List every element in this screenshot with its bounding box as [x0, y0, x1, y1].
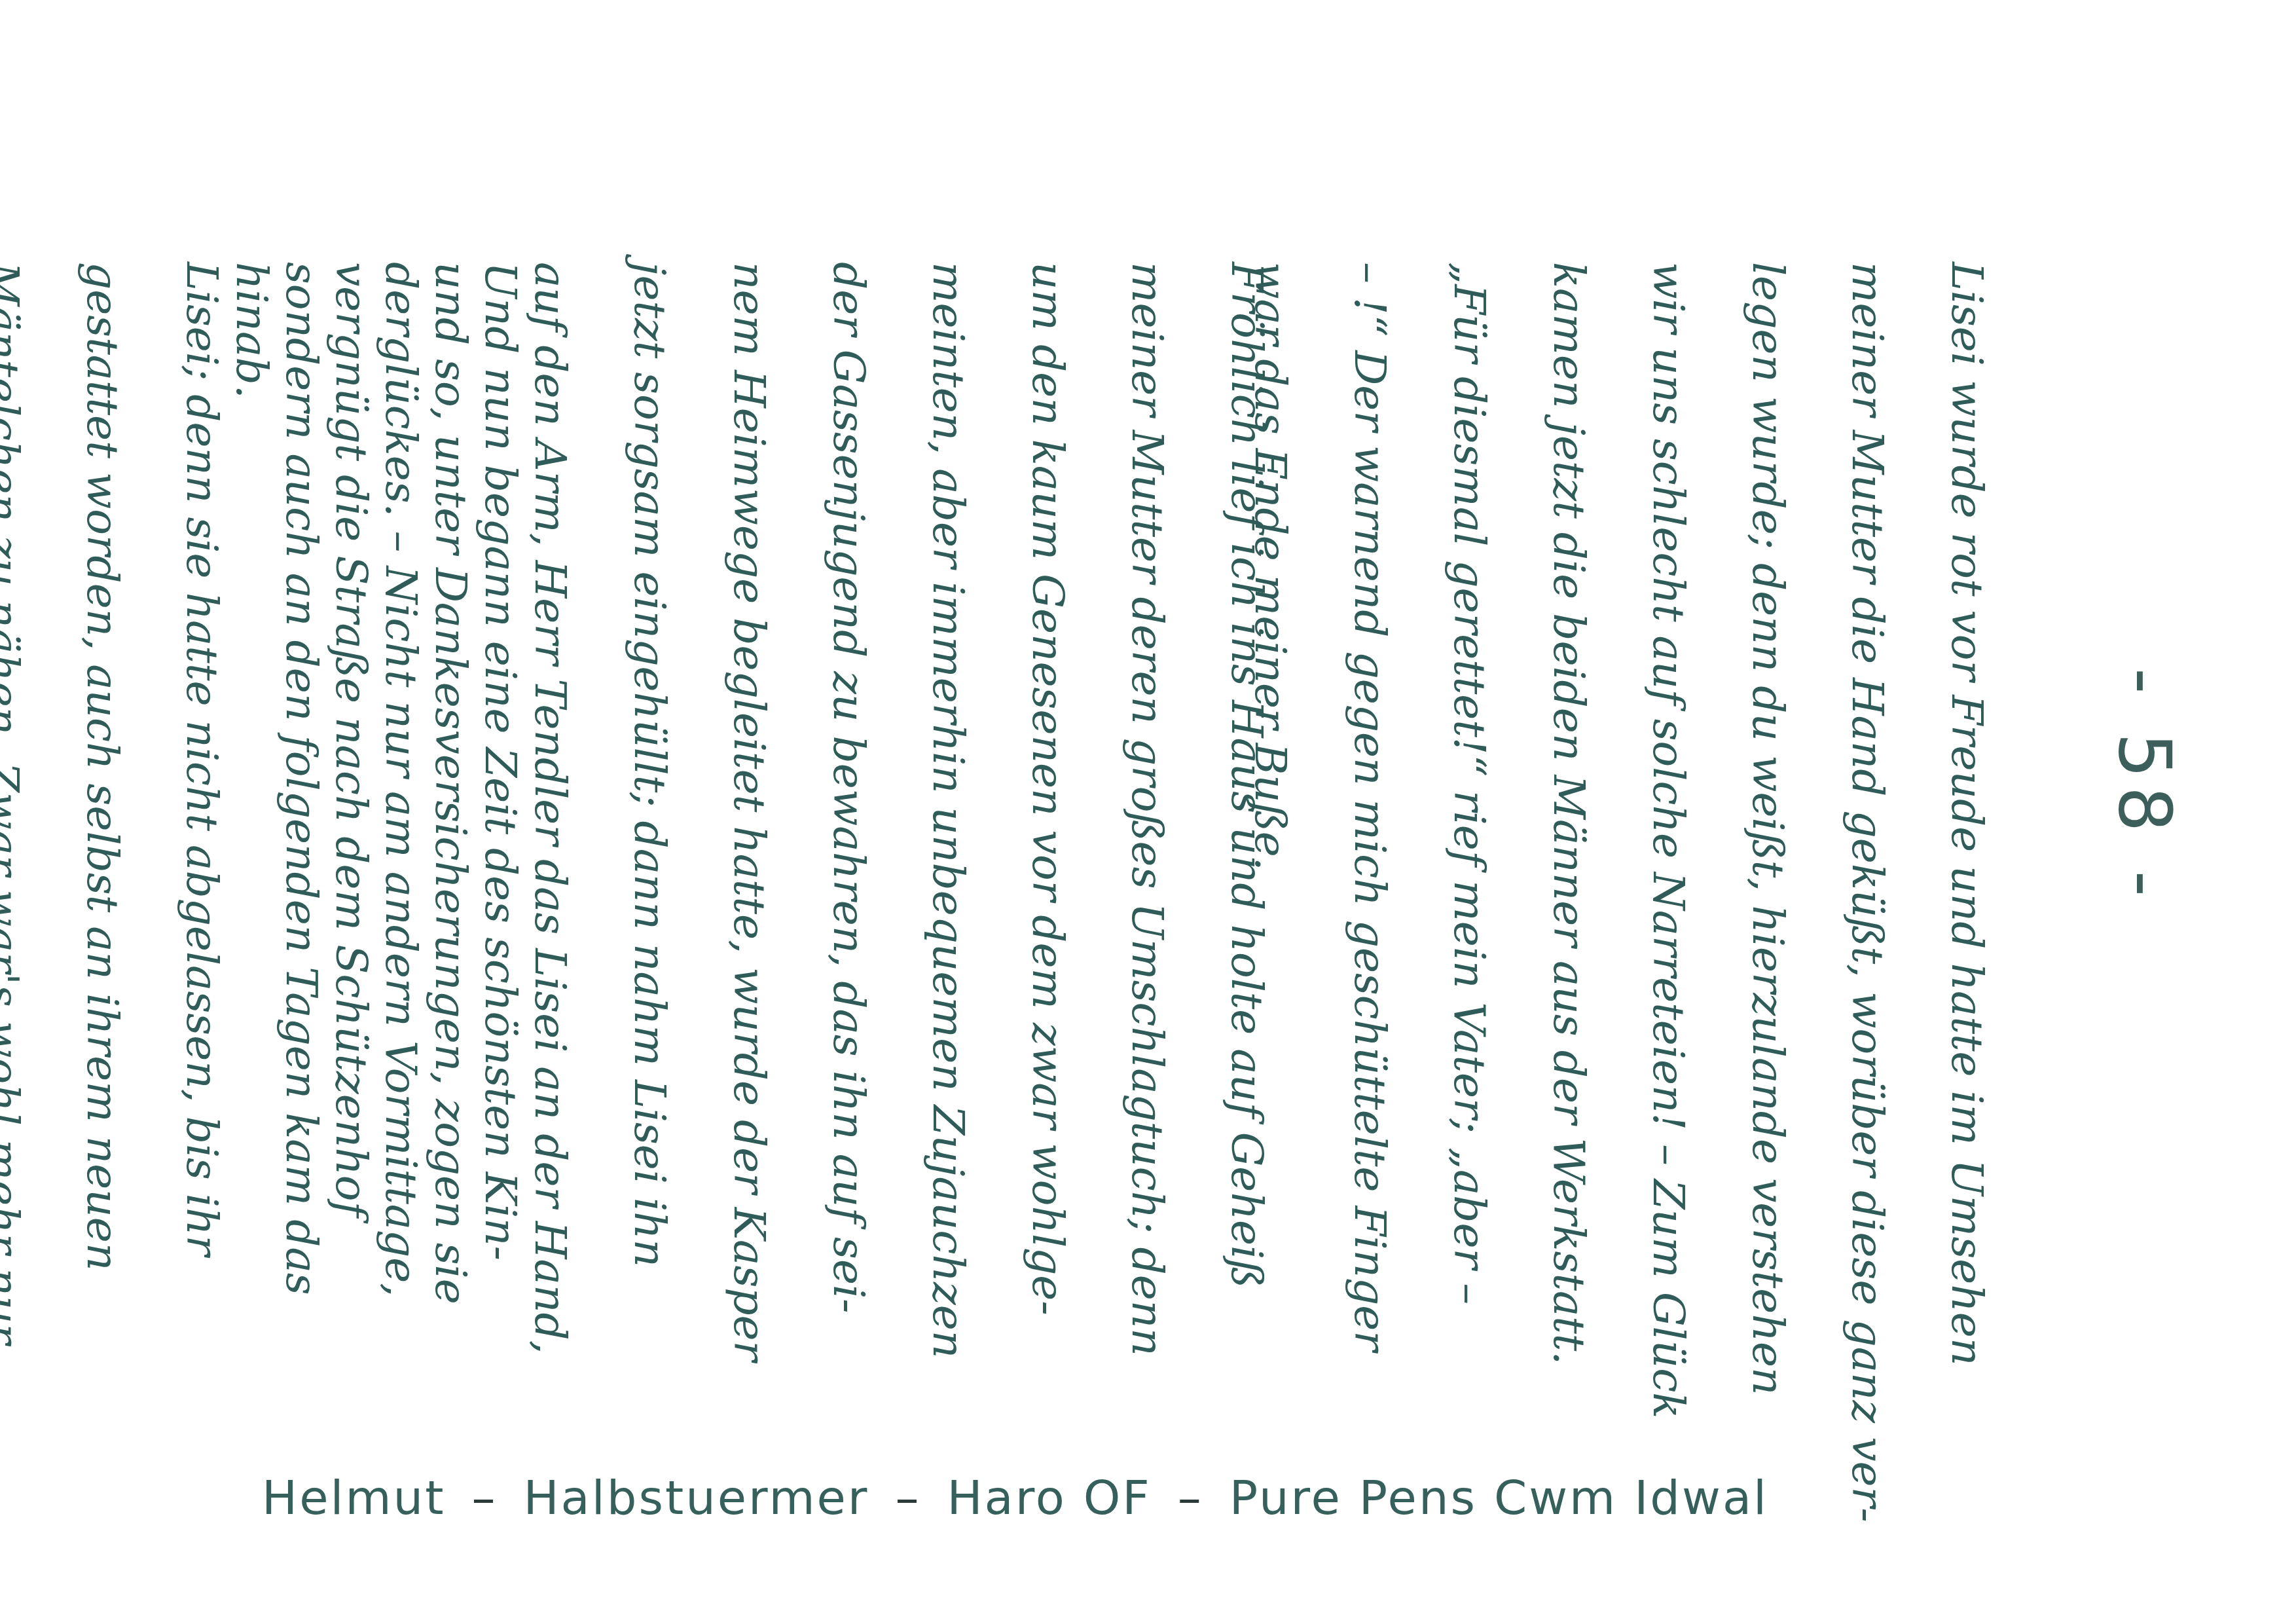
text-line: Fröhlich lief ich ins Haus und holte auf…	[1197, 262, 1296, 1441]
text-line: meiner Mutter die Hand geküßt, worüber d…	[1817, 262, 1917, 1441]
footer-ink: Pure Pens Cwm Idwal	[1230, 1470, 1768, 1525]
text-line: gestattet worden, auch selbst an ihrem n…	[52, 262, 152, 1441]
text-line: legen wurde; denn du weißt, hierzulande …	[1718, 262, 1817, 1441]
text-line: meiner Mutter deren großes Umschlagtuch;…	[1097, 262, 1197, 1441]
footer-pen: Halbstuermer	[523, 1470, 869, 1525]
footer-name: Helmut	[262, 1470, 445, 1525]
footer-separator: –	[1178, 1470, 1203, 1525]
text-line: – !“ Der warnend gegen mich geschüttelte…	[1320, 262, 1419, 1441]
text-line: der Gassenjugend zu bewahren, das ihn au…	[799, 262, 898, 1441]
paragraph-1: Lisei wurde rot vor Freude und hatte im …	[1220, 262, 2016, 1441]
pen-ink-footer: Helmut–Halbstuermer–Haro OF–Pure Pens Cw…	[262, 1470, 1768, 1525]
text-line: um den kaum Genesenen vor dem zwar wohlg…	[998, 262, 1097, 1441]
text-line: wir uns schlecht auf solche Narreteien! …	[1618, 262, 1718, 1441]
rotated-manuscript: - 58 - Lisei wurde rot vor Freude und ha…	[118, 262, 2016, 1441]
page-number: - 58 -	[2103, 668, 2187, 904]
paragraph-3: Und nun begann eine Zeit des schönsten K…	[0, 262, 550, 1441]
text-line: meinten, aber immerhin unbequemen Zujauc…	[898, 262, 998, 1441]
footer-nib: Haro OF	[947, 1470, 1151, 1525]
text-line: derglückes. – Nicht nur am andern Vormit…	[351, 262, 450, 1441]
manuscript-page: - 58 - Lisei wurde rot vor Freude und ha…	[0, 0, 2296, 1624]
footer-separator: –	[471, 1470, 497, 1525]
text-line: Lisei wurde rot vor Freude und hatte im …	[1917, 262, 2016, 1441]
text-line: Und nun begann eine Zeit des schönsten K…	[450, 262, 550, 1441]
text-line: Lisei; denn sie hatte nicht abgelassen, …	[152, 262, 251, 1441]
text-line: sondern auch an den folgenden Tagen kam …	[251, 262, 351, 1441]
text-line: jetzt sorgsam eingehüllt; dann nahm Lise…	[600, 262, 699, 1441]
text-line: Mäntelchen zu nähen. Zwar war's wohl meh…	[0, 262, 52, 1441]
text-line: nem Heimwege begleitet hatte, wurde der …	[699, 262, 799, 1441]
text-line: kamen jetzt die beiden Männer aus der We…	[1519, 262, 1618, 1441]
footer-separator: –	[895, 1470, 920, 1525]
text-line: „Für diesmal gerettet!“ rief mein Vater;…	[1419, 262, 1519, 1441]
